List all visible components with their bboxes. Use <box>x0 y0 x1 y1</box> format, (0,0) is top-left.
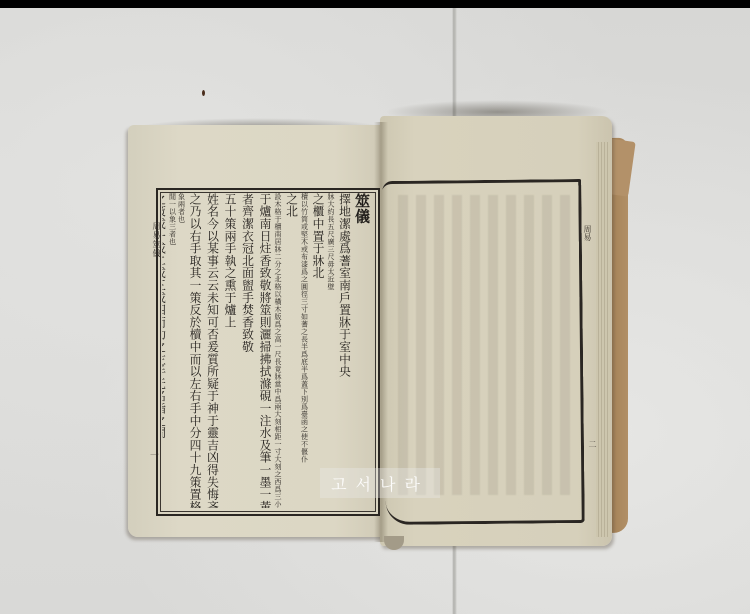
annotation-column: 象兩者也 <box>177 193 186 508</box>
annotation-column: 櫝以竹筒或堅木或布漆爲之圓徑三寸如蓍之長半爲底半爲蓋下別爲臺函之使不偃仆 <box>300 193 309 508</box>
text-column: 姓名今以某事云云未知可否爰質所疑于神于靈吉凶得失悔吝憂虞惟爾有神尚明告 <box>203 193 221 508</box>
watermark: 고서나라 <box>320 468 440 498</box>
annotation-column: 設木格于櫝南居牀二分之北格以橫木版爲之高一尺長竟牀當中爲兩大刻相距一寸大刻之西爲… <box>273 193 282 508</box>
annotation-column: 閒一以象三者也 <box>168 193 177 508</box>
right-page-number: 二 <box>587 440 598 448</box>
left-margin-title: 周易筮儀 <box>151 222 162 258</box>
text-column: 于爐南日炷香致敬將筮則灑掃拂拭滌硯一注水及筆一墨一黃漆板一于爐東東上筮 <box>256 193 274 508</box>
left-page-text: 筮儀 擇地潔處爲蓍室南戶置牀于室中央 牀大約長五尺廣三尺毋太近壁 之櫃中置于牀北… <box>162 193 370 508</box>
right-margin-title: 周易 <box>582 225 593 241</box>
annotation-column: 牀大約長五尺廣三尺毋太近壁 <box>326 193 335 508</box>
top-black-bar <box>0 0 750 8</box>
left-page-number: 一 <box>150 448 159 461</box>
small-insect <box>202 90 205 96</box>
text-column: 擇地潔處爲蓍室南戶置牀于室中央 <box>335 193 353 508</box>
text-column: 之櫃中置于牀北 <box>309 193 327 508</box>
text-column: 者齊潔衣冠北面盥手焚香致敬 <box>238 193 256 508</box>
text-column: 之乃以右手取其一策反於櫝中而以左右手中分四十九策置格之左右兩大刻 <box>186 193 204 508</box>
stacked-page-edges <box>596 142 610 537</box>
text-column: 之北 <box>282 193 300 508</box>
text-column: 五十策兩手執之熏于爐上 <box>221 193 239 508</box>
section-title: 筮儀 <box>353 193 371 508</box>
faded-show-through-text <box>398 195 570 495</box>
